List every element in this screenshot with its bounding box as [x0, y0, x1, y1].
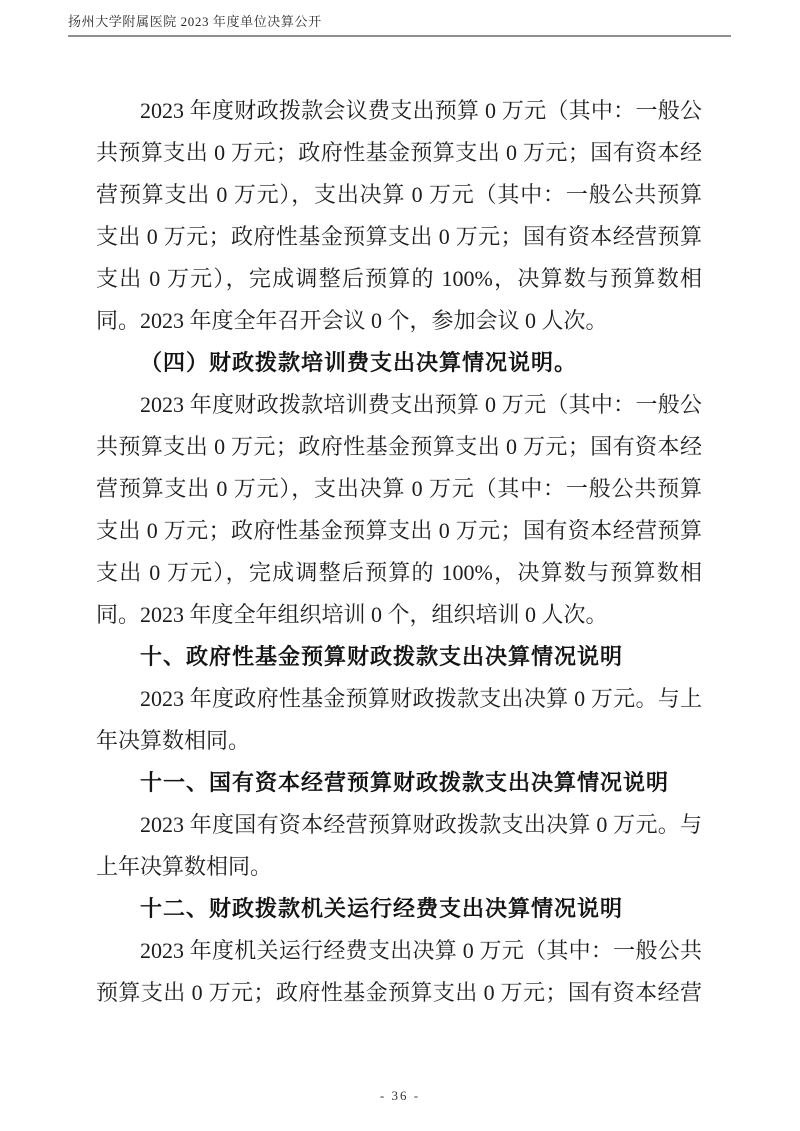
document-body: 2023 年度财政拨款会议费支出预算 0 万元（其中：一般公共预算支出 0 万元… — [96, 90, 702, 1014]
paragraph-line: 2023 年度国有资本经营预算财政拨款支出决算 0 万元。与 — [96, 804, 702, 846]
paragraph-line: 支出 0 万元），完成调整后预算的 100%，决算数与预算数相 — [96, 552, 702, 594]
paragraph-line: 同。2023 年度全年组织培训 0 个，组织培训 0 人次。 — [96, 594, 702, 636]
paragraph-line: 2023 年度机关运行经费支出决算 0 万元（其中：一般公共 — [96, 930, 702, 972]
paragraph-line: 同。2023 年度全年召开会议 0 个，参加会议 0 人次。 — [96, 300, 702, 342]
paragraph-line: 共预算支出 0 万元；政府性基金预算支出 0 万元；国有资本经 — [96, 132, 702, 174]
paragraph-line: 2023 年度财政拨款会议费支出预算 0 万元（其中：一般公 — [96, 90, 702, 132]
paragraph-line: 上年决算数相同。 — [96, 846, 702, 888]
paragraph-line: 支出 0 万元；政府性基金预算支出 0 万元；国有资本经营预算 — [96, 510, 702, 552]
paragraph-line: 支出 0 万元；政府性基金预算支出 0 万元；国有资本经营预算 — [96, 216, 702, 258]
section-heading: 十一、国有资本经营预算财政拨款支出决算情况说明 — [96, 762, 702, 804]
document-page: 扬州大学附属医院 2023 年度单位决算公开 2023 年度财政拨款会议费支出预… — [0, 0, 800, 1131]
page-footer: - 36 - — [0, 1087, 800, 1105]
paragraph-line: 预算支出 0 万元；政府性基金预算支出 0 万元；国有资本经营 — [96, 972, 702, 1014]
section-heading: 十、政府性基金预算财政拨款支出决算情况说明 — [96, 636, 702, 678]
section-heading: （四）财政拨款培训费支出决算情况说明。 — [96, 342, 702, 384]
page-number: - 36 - — [380, 1088, 420, 1103]
paragraph-line: 营预算支出 0 万元），支出决算 0 万元（其中：一般公共预算 — [96, 174, 702, 216]
paragraph-line: 支出 0 万元），完成调整后预算的 100%，决算数与预算数相 — [96, 258, 702, 300]
paragraph-line: 2023 年度政府性基金预算财政拨款支出决算 0 万元。与上 — [96, 678, 702, 720]
paragraph-line: 年决算数相同。 — [96, 720, 702, 762]
header-rule — [68, 35, 731, 37]
page-header: 扬州大学附属医院 2023 年度单位决算公开 — [68, 11, 731, 37]
section-heading: 十二、财政拨款机关运行经费支出决算情况说明 — [96, 888, 702, 930]
paragraph-line: 营预算支出 0 万元），支出决算 0 万元（其中：一般公共预算 — [96, 468, 702, 510]
paragraph-line: 2023 年度财政拨款培训费支出预算 0 万元（其中：一般公 — [96, 384, 702, 426]
paragraph-line: 共预算支出 0 万元；政府性基金预算支出 0 万元；国有资本经 — [96, 426, 702, 468]
header-title: 扬州大学附属医院 2023 年度单位决算公开 — [68, 11, 731, 35]
